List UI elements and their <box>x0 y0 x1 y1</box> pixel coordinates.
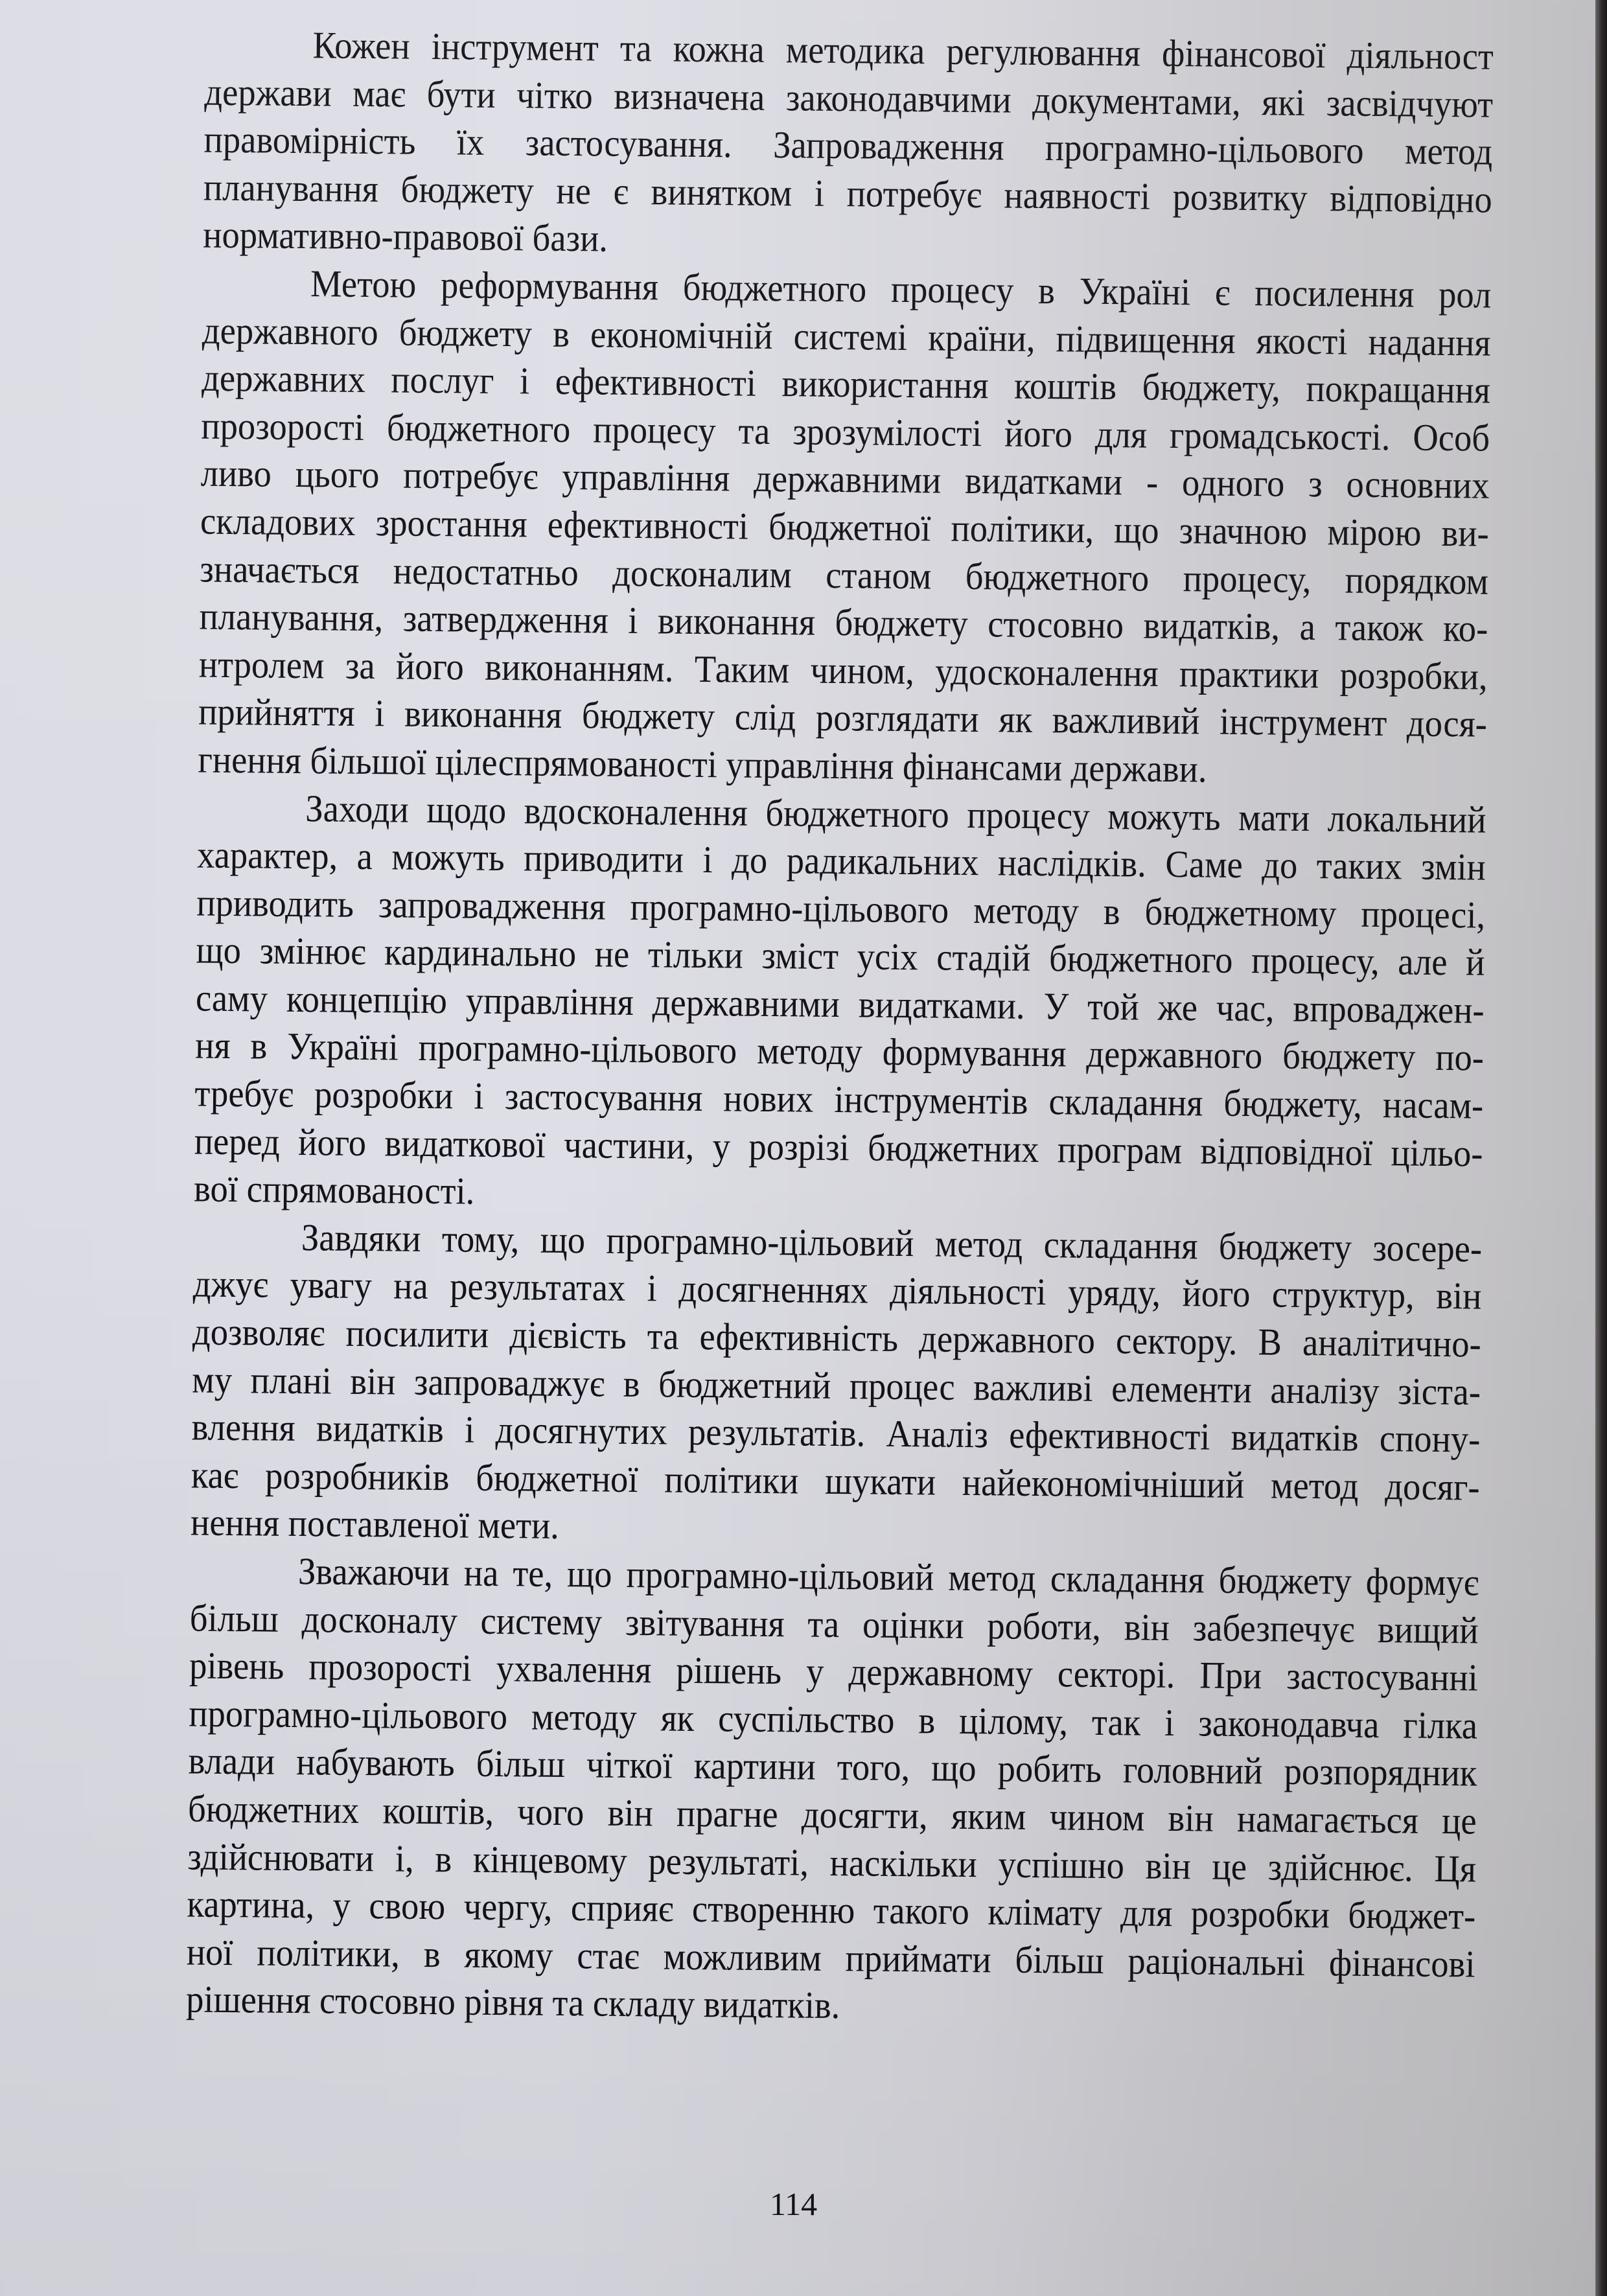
paragraph-5: Зважаючи на те, що програмно-цільовий ме… <box>78 1546 1479 2036</box>
body-text: Кожен інструмент та кожна методика регул… <box>78 19 1494 2035</box>
book-page: Кожен інструмент та кожна методика регул… <box>0 0 1597 2296</box>
paragraph-3: Заходи щодо вдосконалення бюджетного про… <box>86 782 1486 1225</box>
paragraph-4: Завдяки тому, що програмно-цільовий мето… <box>82 1212 1482 1559</box>
paragraph-1: Кожен інструмент та кожна методика регул… <box>95 19 1494 272</box>
page-number: 114 <box>770 2185 817 2223</box>
page-edge-shadow <box>1595 0 1607 2296</box>
paragraph-2: Метою реформування бюджетного процесу в … <box>90 258 1492 796</box>
